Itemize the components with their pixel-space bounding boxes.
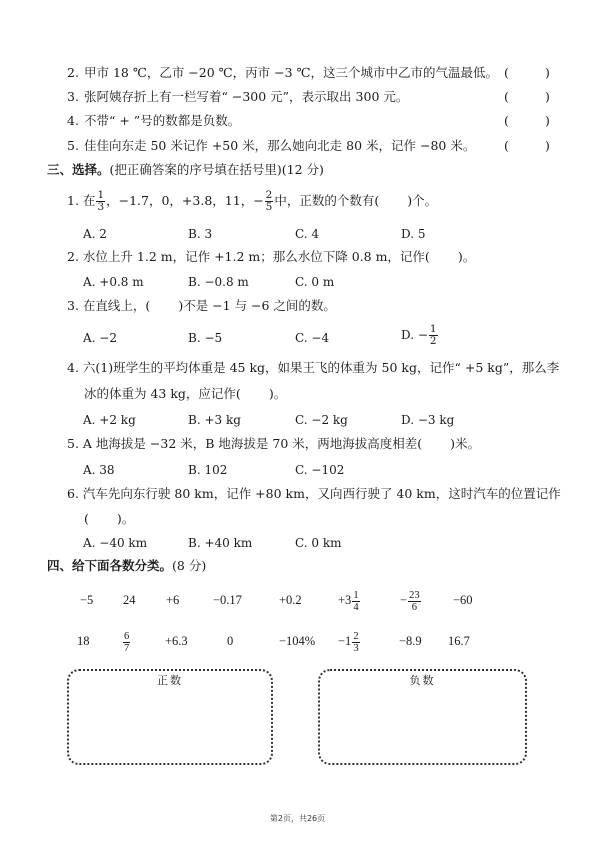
answer-bracket-open[interactable]: ( [504,65,509,81]
fraction: 14 [352,590,359,613]
question-text-end: )。 [458,249,475,264]
number-item: −8.9 [399,633,422,649]
box-caption: 正数 [69,672,271,688]
fraction: 12 [429,324,438,347]
numerator: 1 [352,590,359,602]
option-c[interactable]: C. −2 kg [295,412,348,428]
answer-bracket-close[interactable]: ) [545,89,550,105]
option-c[interactable]: C. 0 m [295,274,334,290]
question-text-mid: ，−1.7，0，+3.8，11，− [106,193,264,208]
question-number: 2. [67,249,79,264]
numerator: 6 [123,631,130,643]
section-3-heading: 三、选择。(把正确答案的序号填在括号里)(12 分) [47,162,324,178]
question-text-end: )个。 [407,193,437,208]
question-text-end: )米。 [450,436,480,451]
option-b[interactable]: B. 102 [188,462,227,478]
question-6: 6. 汽车先向东行驶 80 km，记作 +80 km，又向西行驶了 40 km，… [67,486,561,502]
denominator: 4 [352,602,359,613]
positive-numbers-box[interactable]: 正数 [67,669,273,765]
section-4-heading: 四、给下面各数分类。(8 分) [47,558,206,574]
option-c[interactable]: C. 4 [295,226,319,242]
question-number: 3. [67,298,79,313]
option-a[interactable]: A. +2 kg [83,412,136,428]
fraction: 13 [96,190,105,213]
question-text-line1: 汽车先向东行驶 80 km，记作 +80 km，又向西行驶了 40 km，这时汽… [83,486,561,501]
option-d[interactable]: D. 5 [401,226,425,242]
option-a[interactable]: A. −40 km [83,535,147,551]
option-c[interactable]: C. −4 [295,330,329,346]
item-text: 佳佳向东走 50 米记作 +50 米，那么她向北走 80 米，记作 −80 米。 [84,138,475,154]
option-d[interactable]: D. −3 kg [401,412,454,428]
number-item: −104% [279,633,315,649]
section-title: 三、选择。 [47,162,110,177]
denominator: 7 [123,643,130,654]
question-2: 2. 水位上升 1.2 m，记作 +1.2 m；那么水位下降 0.8 m，记作(… [67,249,475,265]
whole-part: −1 [338,634,351,648]
item-text: 甲市 18 ℃，乙市 −20 ℃，丙市 −3 ℃，这三个城市中乙市的气温最低。 [84,65,498,81]
question-text: A 地海拔是 −32 米，B 地海拔是 70 米，两地海拔高度相差( [83,436,422,451]
number-item: +0.2 [279,592,302,608]
option-b[interactable]: B. −0.8 m [188,274,249,290]
answer-bracket-open[interactable]: ( [504,89,509,105]
answer-bracket-close[interactable]: ) [545,138,550,154]
denominator: 2 [429,336,438,347]
question-5: 5. A 地海拔是 −32 米，B 地海拔是 70 米，两地海拔高度相差()米。 [67,436,480,452]
question-text-pre: 在 [83,193,96,208]
bracket-close: )。 [117,511,134,526]
question-number: 6. [67,486,79,501]
denominator: 6 [408,602,421,613]
question-number: 1. [67,193,79,208]
option-a[interactable]: A. 38 [83,462,115,478]
option-a[interactable]: A. 2 [83,226,107,242]
answer-bracket-close[interactable]: ) [545,113,550,129]
whole-part: +3 [338,593,351,607]
question-3: 3. 在直线上，()不是 −1 与 −6 之间的数。 [67,298,336,314]
fraction: 25 [265,190,274,213]
question-text-post: )不是 −1 与 −6 之间的数。 [178,298,336,313]
answer-bracket-close[interactable]: ) [545,65,550,81]
fraction: 23 [352,631,359,654]
number-item: −0.17 [213,592,242,608]
number-item: +6.3 [165,633,188,649]
answer-bracket-open[interactable]: ( [504,113,509,129]
box-caption: 负数 [320,672,525,688]
numerator: 23 [408,590,421,602]
page-footer: 第2页，共26页 [0,813,595,824]
number-item: 18 [77,633,90,649]
fraction: 236 [408,590,421,613]
numerator: 2 [352,631,359,643]
item-text: 张阿姨存折上有一栏写着“ −300 元”，表示取出 300 元。 [84,89,408,105]
section-note: (把正确答案的序号填在括号里)(12 分) [110,162,324,177]
number-item: 16.7 [448,633,470,649]
question-number: 5. [67,436,79,451]
option-b[interactable]: B. −5 [188,330,222,346]
mixed-number-item: −123 [338,628,361,654]
bracket-open: ( [84,511,89,526]
negative-numbers-box[interactable]: 负数 [318,669,527,765]
question-text-pre: 在直线上，( [83,298,150,313]
denominator: 3 [352,643,359,654]
option-c[interactable]: C. 0 km [295,535,341,551]
fraction: 67 [123,631,130,654]
option-b[interactable]: B. +40 km [188,535,252,551]
item-number: 4. [67,113,79,129]
question-number: 4. [67,360,79,375]
question-text: 水位上升 1.2 m，记作 +1.2 m；那么水位下降 0.8 m，记作( [83,249,430,264]
denominator: 5 [265,202,274,213]
question-4-line2: 冰的体重为 43 kg，应记作()。 [84,386,286,402]
sign: − [400,593,407,607]
option-label: D. − [401,328,428,342]
number-item: +6 [166,592,179,608]
question-text-end: )。 [269,386,286,401]
mixed-number-item: +314 [338,587,361,613]
option-d[interactable]: D. −12 [401,324,439,347]
section-title: 四、给下面各数分类。 [47,558,172,573]
option-b[interactable]: B. 3 [188,226,212,242]
question-text-line1: 六(1)班学生的平均体重是 45 kg，如果王飞的体重为 50 kg，记作“ +… [83,360,559,375]
fraction-item: 67 [122,628,131,654]
option-a[interactable]: A. −2 [83,330,117,346]
question-6-line2: ()。 [84,511,134,527]
section-note: (8 分) [172,558,206,573]
question-text-line2: 冰的体重为 43 kg，应记作( [84,386,241,401]
item-text: 不带“ + ”号的数都是负数。 [84,113,240,129]
item-number: 2. [67,65,79,81]
fraction-item: −236 [400,587,422,613]
item-number: 3. [67,89,79,105]
question-1: 1. 在13，−1.7，0，+3.8，11，−25中，正数的个数有()个。 [67,190,437,213]
option-b[interactable]: B. +3 kg [188,412,241,428]
number-item: 24 [123,592,136,608]
question-text-post: 中，正数的个数有( [274,193,379,208]
question-4: 4. 六(1)班学生的平均体重是 45 kg，如果王飞的体重为 50 kg，记作… [67,360,559,376]
option-c[interactable]: C. −102 [295,462,344,478]
number-item: −60 [453,592,473,608]
denominator: 3 [96,202,105,213]
number-item: 0 [227,633,233,649]
answer-bracket-open[interactable]: ( [504,138,509,154]
option-a[interactable]: A. +0.8 m [83,274,144,290]
number-item: −5 [80,592,93,608]
item-number: 5. [67,138,79,154]
